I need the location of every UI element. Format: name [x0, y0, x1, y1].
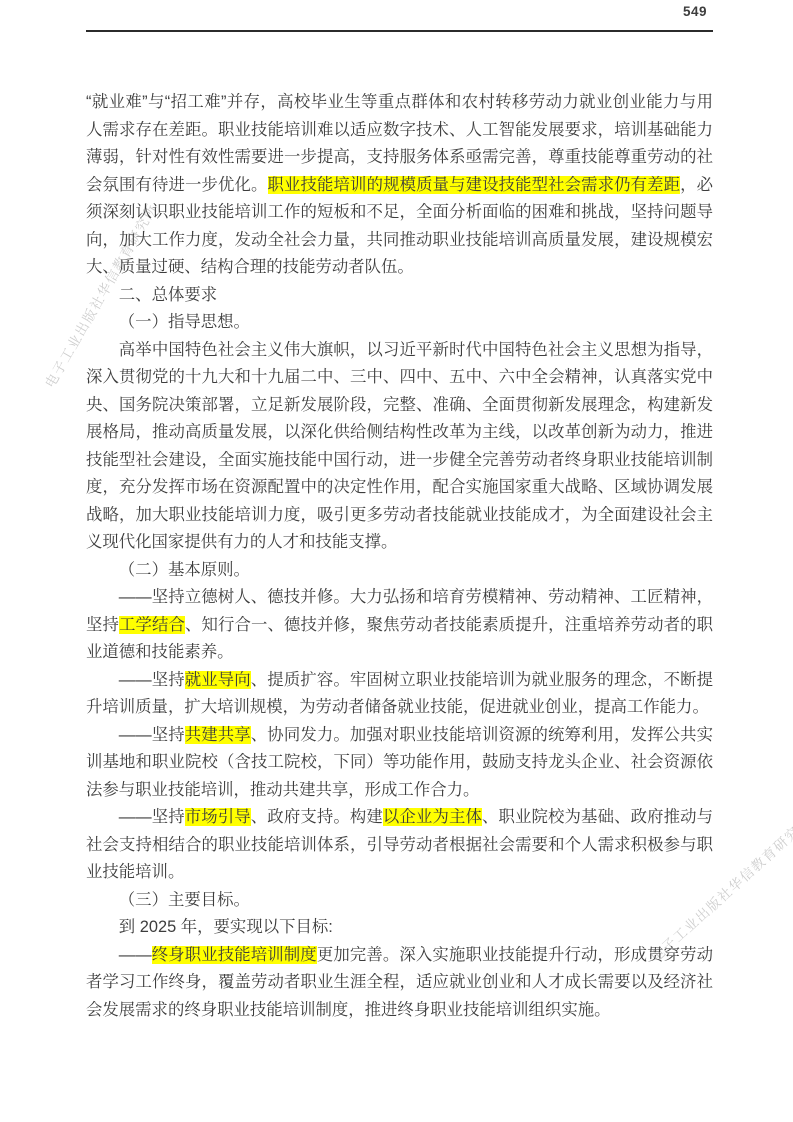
- paragraph: ——坚持市场引导、政府支持。构建以企业为主体、职业院校为基础、政府推动与社会支持…: [86, 804, 713, 887]
- paragraph: 到 2025 年，要实现以下目标:: [86, 914, 713, 942]
- subsection-heading: （二）基本原则。: [86, 557, 713, 585]
- section-heading: 二、总体要求: [86, 282, 713, 310]
- document-page: 549 电子工业出版社华信教育研究所 电子工业出版社华信教育研究所 “就业难”与…: [0, 0, 793, 1122]
- text-run: ——: [119, 946, 152, 964]
- paragraph: ——终身职业技能培训制度更加完善。深入实施职业技能提升行动，形成贯穿劳动者学习工…: [86, 942, 713, 1025]
- text-run: ——坚持: [119, 808, 185, 826]
- text-run: （三）主要目标。: [119, 891, 250, 909]
- paragraph: ——坚持共建共享、协同发力。加强对职业技能培训资源的统筹利用，发挥公共实训基地和…: [86, 722, 713, 805]
- subsection-heading: （三）主要目标。: [86, 887, 713, 915]
- highlighted-text: 共建共享: [185, 726, 251, 744]
- document-body: “就业难”与“招工难”并存，高校毕业生等重点群体和农村转移劳动力就业创业能力与用…: [86, 89, 713, 1024]
- paragraph: ——坚持立德树人、德技并修。大力弘扬和培育劳模精神、劳动精神、工匠精神，坚持工学…: [86, 584, 713, 667]
- text-run: （一）指导思想。: [119, 313, 250, 331]
- text-run: 、政府支持。构建: [251, 808, 383, 826]
- highlighted-text: 职业技能培训的规模质量与建设技能型社会需求仍有差距: [268, 176, 681, 194]
- highlighted-text: 以企业为主体: [383, 808, 482, 826]
- paragraph: 高举中国特色社会主义伟大旗帜，以习近平新时代中国特色社会主义思想为指导，深入贯彻…: [86, 337, 713, 557]
- page-number: 549: [683, 4, 707, 19]
- text-run: （二）基本原则。: [119, 561, 250, 579]
- paragraph: ——坚持就业导向、提质扩容。牢固树立职业技能培训为就业服务的理念，不断提升培训质…: [86, 667, 713, 722]
- highlighted-text: 就业导向: [185, 671, 251, 689]
- paragraph-continuation: “就业难”与“招工难”并存，高校毕业生等重点群体和农村转移劳动力就业创业能力与用…: [86, 89, 713, 282]
- highlighted-text: 终身职业技能培训制度: [152, 946, 317, 964]
- text-run: 二、总体要求: [119, 286, 217, 304]
- highlighted-text: 工学结合: [119, 616, 185, 634]
- text-run: 高举中国特色社会主义伟大旗帜，以习近平新时代中国特色社会主义思想为指导，深入贯彻…: [86, 341, 713, 552]
- header-rule: [86, 30, 713, 32]
- text-run: 到 2025 年，要实现以下目标:: [119, 918, 333, 936]
- text-run: ——坚持: [119, 726, 185, 744]
- highlighted-text: 市场引导: [185, 808, 251, 826]
- text-run: ——坚持: [119, 671, 185, 689]
- subsection-heading: （一）指导思想。: [86, 309, 713, 337]
